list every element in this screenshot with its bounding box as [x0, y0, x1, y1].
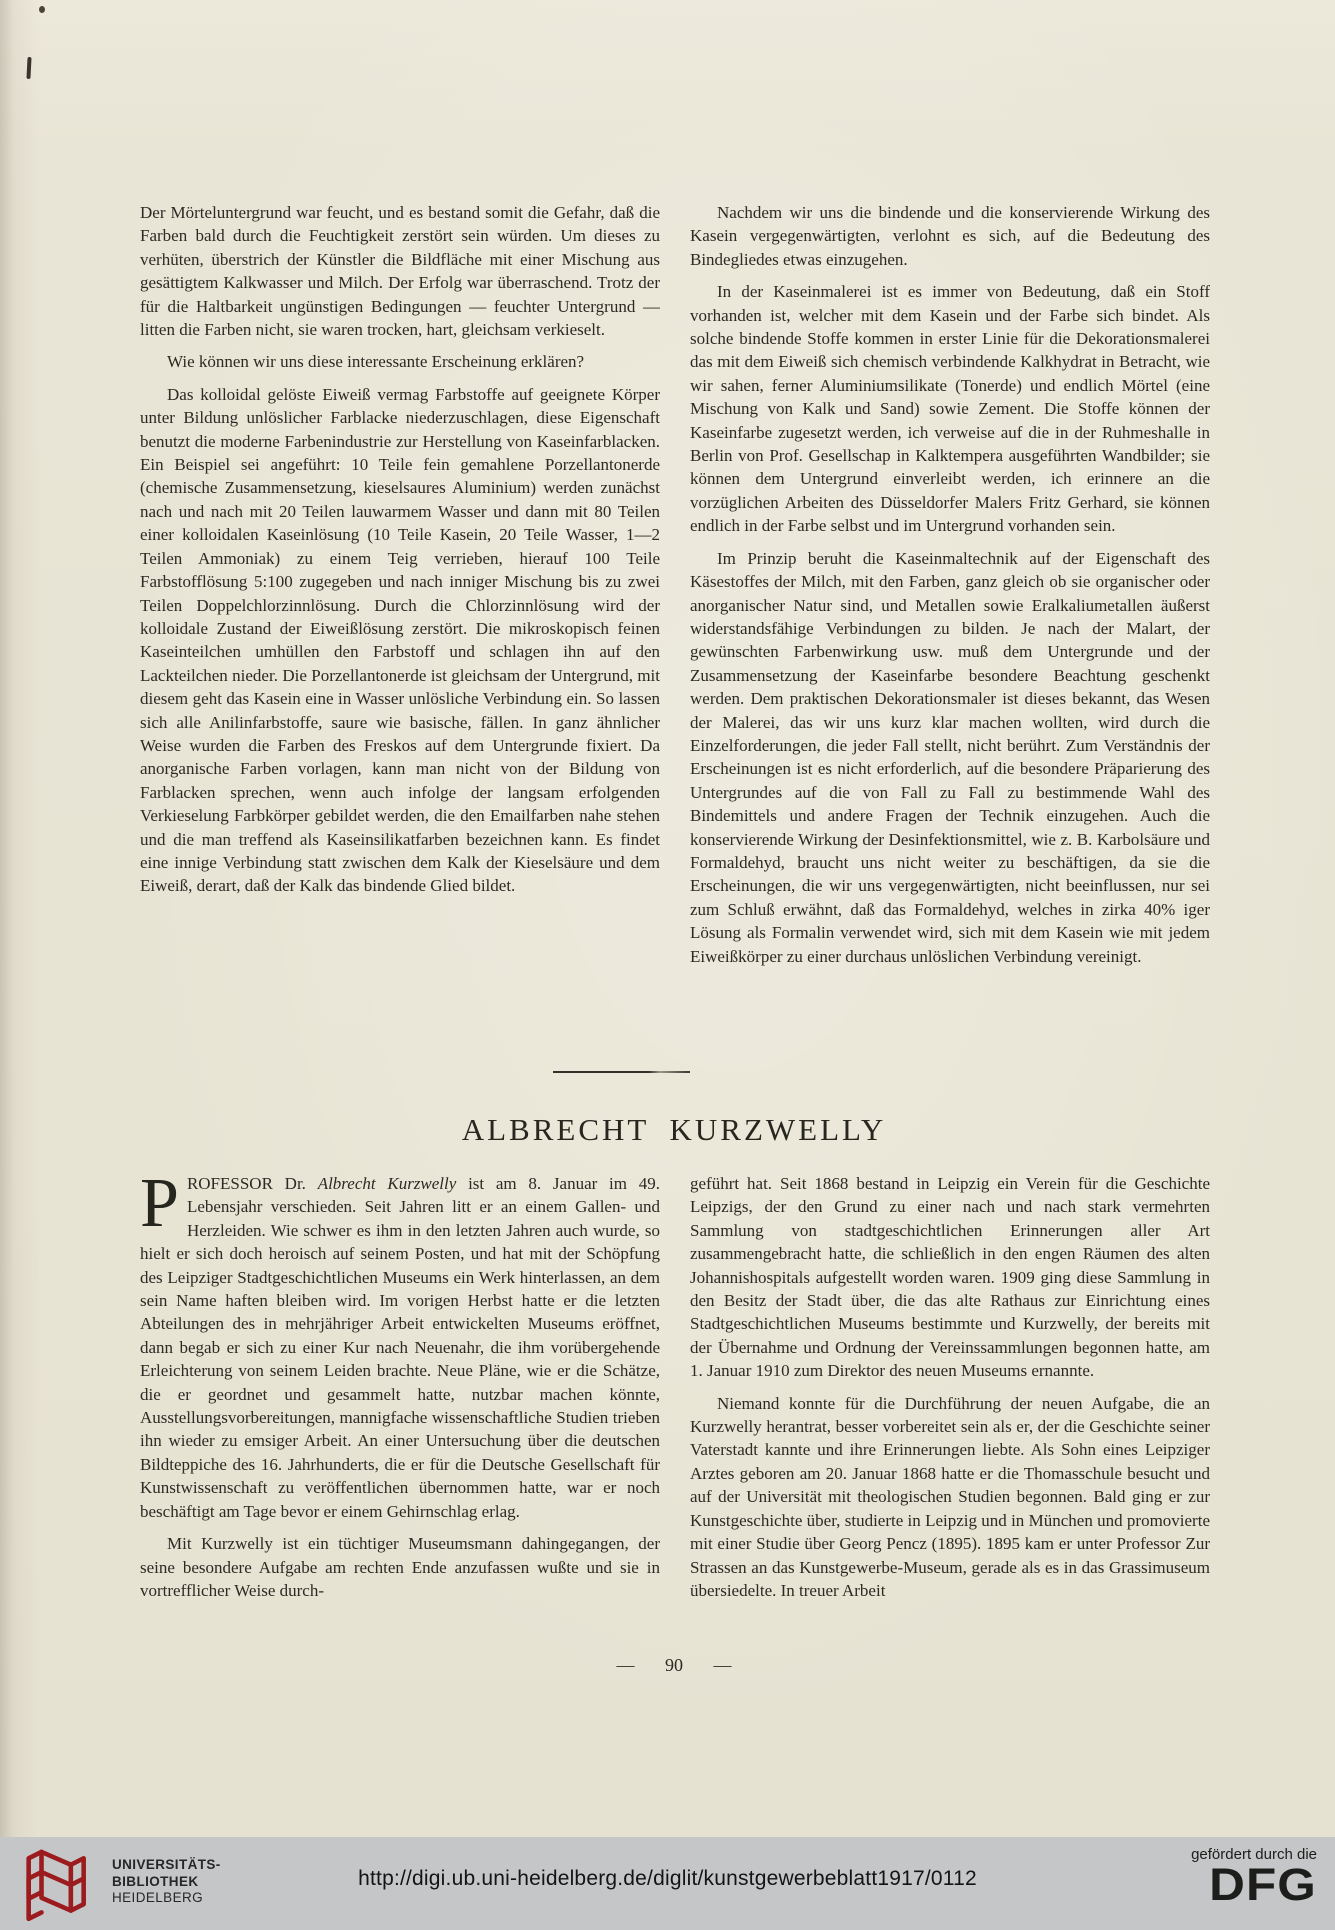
kurzwelly-article-right-column: geführt hat. Seit 1868 bestand in Leipzi…	[690, 1172, 1210, 1664]
paragraph: Wie können wir uns diese interessante Er…	[140, 350, 660, 373]
document-url: http://digi.ub.uni-heidelberg.de/diglit/…	[0, 1867, 1335, 1891]
lead-text-continued: ist am 8. Januar im 49. Lebensjahr versc…	[140, 1174, 660, 1521]
paragraph: Das kolloidal gelöste Eiweiß vermag Farb…	[140, 383, 660, 898]
page-number: — 90 —	[140, 1655, 1208, 1676]
lead-text: ROFESSOR Dr.	[187, 1174, 318, 1193]
paragraph: Mit Kurzwelly ist ein tüchtiger Museumsm…	[140, 1532, 660, 1602]
drop-cap-letter: P	[140, 1172, 187, 1232]
casein-article-right-column: Nachdem wir uns die bindende und die kon…	[690, 201, 1210, 1056]
library-name-line3: HEIDELBERG	[112, 1890, 221, 1907]
dfg-logo: DFG	[1178, 1864, 1317, 1906]
paragraph: geführt hat. Seit 1868 bestand in Leipzi…	[690, 1172, 1210, 1383]
paragraph: Nachdem wir uns die bindende und die kon…	[690, 201, 1210, 271]
funding-credit: gefördert durch die DFG	[1191, 1846, 1317, 1906]
article-title: ALBRECHT KURZWELLY	[140, 1112, 1208, 1148]
paragraph: Niemand konnte für die Durchführung der …	[690, 1392, 1210, 1603]
section-divider-rule	[553, 1071, 690, 1073]
casein-article-left-column: Der Mörteluntergrund war feucht, und es …	[140, 201, 660, 1016]
lead-paragraph: PROFESSOR Dr. Albrecht Kurzwelly ist am …	[140, 1172, 660, 1523]
scan-speck	[39, 6, 45, 13]
paragraph: In der Kaseinmalerei ist es immer von Be…	[690, 280, 1210, 537]
viewer-footer-bar: UNIVERSITÄTS- BIBLIOTHEK HEIDELBERG http…	[0, 1837, 1335, 1930]
person-name-italic: Albrecht Kurzwelly	[318, 1174, 457, 1193]
paragraph: Der Mörteluntergrund war feucht, und es …	[140, 201, 660, 341]
kurzwelly-article-left-column: PROFESSOR Dr. Albrecht Kurzwelly ist am …	[140, 1172, 660, 1664]
paragraph: Im Prinzip beruht die Kaseinmaltechnik a…	[690, 547, 1210, 968]
